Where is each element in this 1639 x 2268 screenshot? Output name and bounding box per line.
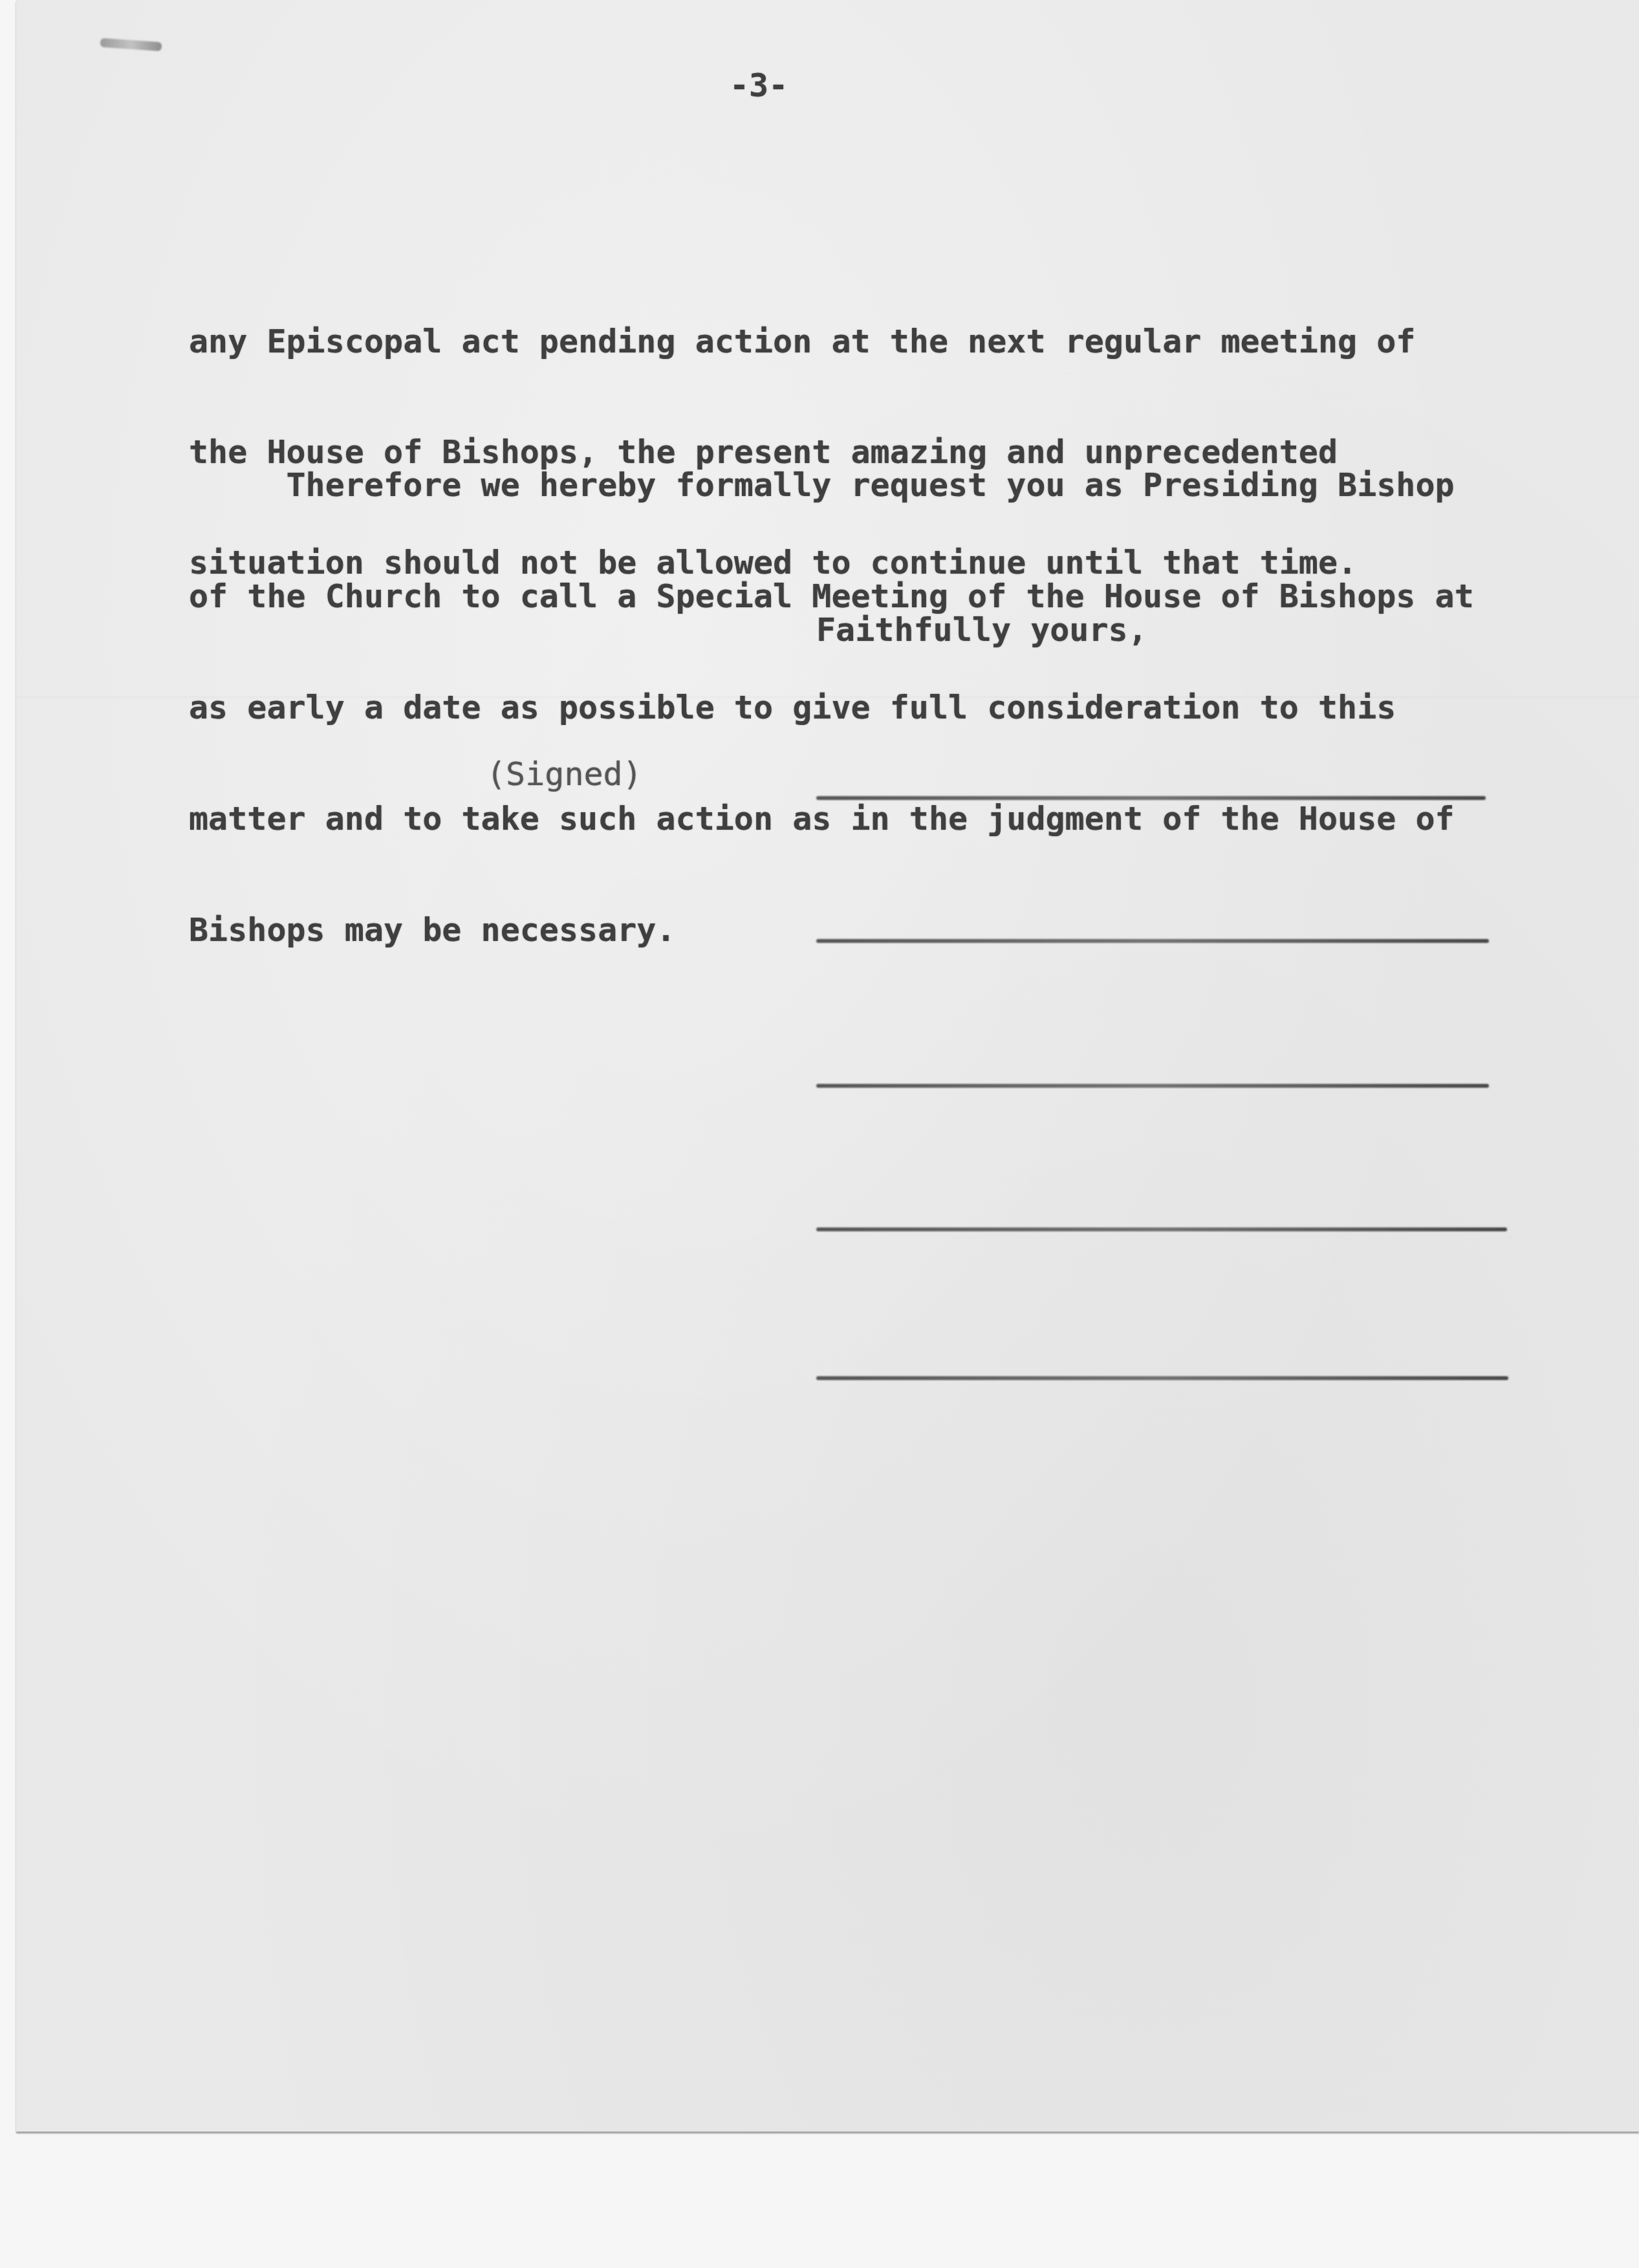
signature-line bbox=[816, 1084, 1489, 1088]
signature-line bbox=[816, 796, 1486, 800]
text-line: as early a date as possible to give full… bbox=[189, 689, 1474, 726]
signature-line bbox=[816, 1227, 1507, 1231]
body-paragraph-2: Therefore we hereby formally request you… bbox=[189, 392, 1474, 986]
staple-mark bbox=[100, 38, 162, 52]
text-line: Therefore we hereby formally request you… bbox=[189, 467, 1474, 503]
text-line: matter and to take such action as in the… bbox=[189, 801, 1474, 837]
signed-label: (Signed) bbox=[486, 755, 642, 793]
page-number: -3- bbox=[730, 67, 788, 104]
text-line: any Episcopal act pending action at the … bbox=[189, 324, 1415, 360]
text-line: of the Church to call a Special Meeting … bbox=[189, 578, 1474, 614]
closing-salutation: Faithfully yours, bbox=[816, 611, 1147, 649]
signature-line bbox=[816, 1376, 1508, 1380]
signature-line bbox=[816, 939, 1489, 943]
